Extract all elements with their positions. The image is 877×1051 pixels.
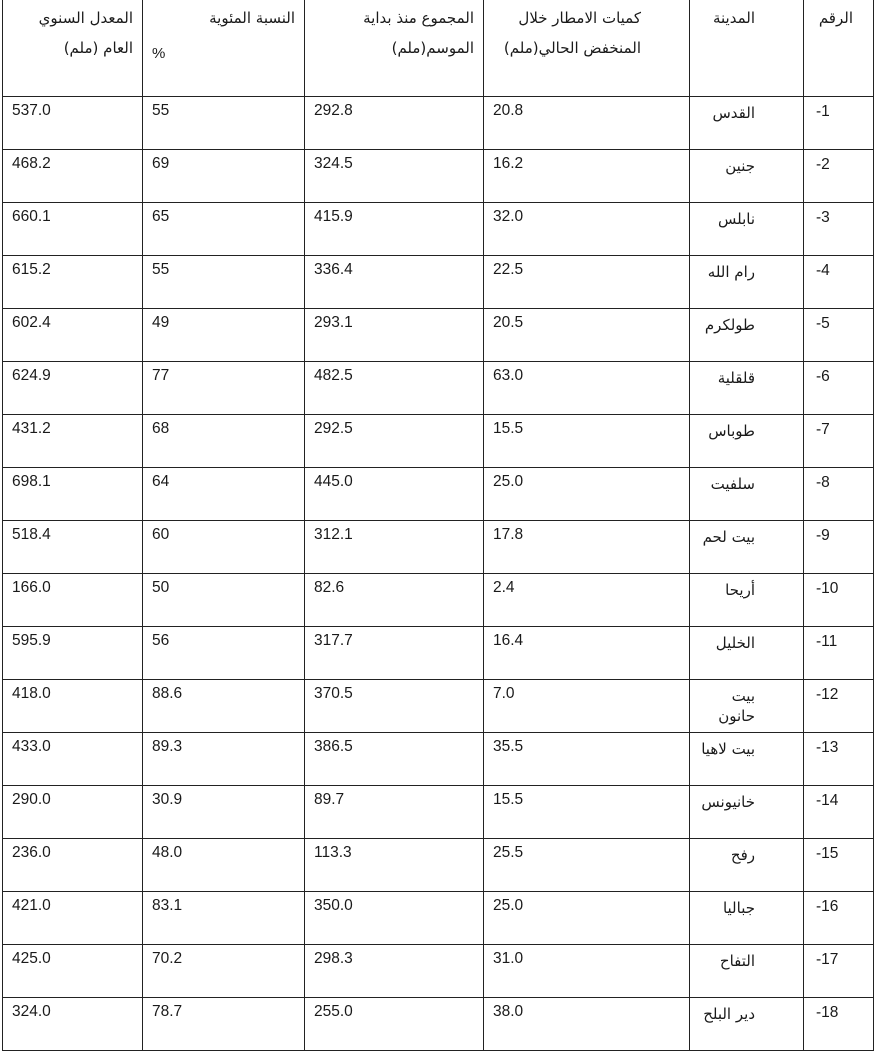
cell-percentage: 55 xyxy=(143,97,305,150)
table-row: 660.1 65 415.9 32.0 نابلس -3 xyxy=(3,203,874,256)
header-city: المدينة xyxy=(690,0,804,97)
cell-season-total: 113.3 xyxy=(305,839,484,892)
city-name: طوباس xyxy=(697,421,755,441)
city-name: سلفيت xyxy=(697,474,755,494)
table-row: 615.2 55 336.4 22.5 رام الله -4 xyxy=(3,256,874,309)
cell-season-total: 415.9 xyxy=(305,203,484,256)
header-percentage-line1: النسبة المئوية xyxy=(152,3,295,33)
table-row: 166.0 50 82.6 2.4 أريحا -10 xyxy=(3,574,874,627)
header-season-total-line2: الموسم(ملم) xyxy=(314,33,474,63)
cell-city: طوباس xyxy=(690,415,804,468)
cell-percentage: 49 xyxy=(143,309,305,362)
header-current-rain-line2: المنخفض الحالي(ملم) xyxy=(493,33,641,63)
cell-season-total: 317.7 xyxy=(305,627,484,680)
table-row: 418.0 88.6 370.5 7.0 بيت حانون -12 xyxy=(3,680,874,733)
city-name: بيت لحم xyxy=(697,527,755,547)
cell-current-rain: 20.5 xyxy=(484,309,690,362)
header-annual-rate-line2: العام (ملم) xyxy=(12,33,133,63)
table-header-row: المعدل السنوي العام (ملم) النسبة المئوية… xyxy=(3,0,874,97)
city-name: رام الله xyxy=(697,262,755,282)
header-annual-rate: المعدل السنوي العام (ملم) xyxy=(3,0,143,97)
cell-annual-rate: 236.0 xyxy=(3,839,143,892)
city-name: أريحا xyxy=(697,580,755,600)
cell-percentage: 60 xyxy=(143,521,305,574)
table-row: 290.0 30.9 89.7 15.5 خانيونس -14 xyxy=(3,786,874,839)
table-row: 602.4 49 293.1 20.5 طولكرم -5 xyxy=(3,309,874,362)
table-row: 421.0 83.1 350.0 25.0 جباليا -16 xyxy=(3,892,874,945)
cell-annual-rate: 698.1 xyxy=(3,468,143,521)
cell-season-total: 292.5 xyxy=(305,415,484,468)
table-row: 468.2 69 324.5 16.2 جنين -2 xyxy=(3,150,874,203)
table-row: 236.0 48.0 113.3 25.5 رفح -15 xyxy=(3,839,874,892)
cell-annual-rate: 660.1 xyxy=(3,203,143,256)
cell-percentage: 50 xyxy=(143,574,305,627)
city-name: طولكرم xyxy=(697,315,755,335)
cell-city: نابلس xyxy=(690,203,804,256)
cell-annual-rate: 433.0 xyxy=(3,733,143,786)
city-name: القدس xyxy=(697,103,755,123)
cell-annual-rate: 468.2 xyxy=(3,150,143,203)
cell-season-total: 312.1 xyxy=(305,521,484,574)
cell-season-total: 445.0 xyxy=(305,468,484,521)
cell-current-rain: 22.5 xyxy=(484,256,690,309)
cell-number: -12 xyxy=(804,680,874,733)
cell-current-rain: 63.0 xyxy=(484,362,690,415)
cell-percentage: 64 xyxy=(143,468,305,521)
cell-city: خانيونس xyxy=(690,786,804,839)
table-row: 698.1 64 445.0 25.0 سلفيت -8 xyxy=(3,468,874,521)
header-percentage: النسبة المئوية % xyxy=(143,0,305,97)
cell-city: رام الله xyxy=(690,256,804,309)
cell-number: -1 xyxy=(804,97,874,150)
city-name: نابلس xyxy=(697,209,755,229)
cell-percentage: 83.1 xyxy=(143,892,305,945)
cell-annual-rate: 431.2 xyxy=(3,415,143,468)
city-name: الخليل xyxy=(697,633,755,653)
cell-current-rain: 15.5 xyxy=(484,786,690,839)
cell-city: بيت حانون xyxy=(690,680,804,733)
table-row: 518.4 60 312.1 17.8 بيت لحم -9 xyxy=(3,521,874,574)
cell-season-total: 292.8 xyxy=(305,97,484,150)
cell-percentage: 89.3 xyxy=(143,733,305,786)
cell-current-rain: 25.0 xyxy=(484,892,690,945)
cell-city: القدس xyxy=(690,97,804,150)
cell-current-rain: 15.5 xyxy=(484,415,690,468)
table-row: 595.9 56 317.7 16.4 الخليل -11 xyxy=(3,627,874,680)
city-name: قلقلية xyxy=(697,368,755,388)
cell-annual-rate: 602.4 xyxy=(3,309,143,362)
table-row: 537.0 55 292.8 20.8 القدس -1 xyxy=(3,97,874,150)
cell-number: -8 xyxy=(804,468,874,521)
cell-percentage: 55 xyxy=(143,256,305,309)
cell-number: -4 xyxy=(804,256,874,309)
city-name: بيت حانون xyxy=(697,686,755,726)
cell-percentage: 56 xyxy=(143,627,305,680)
cell-current-rain: 20.8 xyxy=(484,97,690,150)
cell-season-total: 386.5 xyxy=(305,733,484,786)
cell-percentage: 68 xyxy=(143,415,305,468)
header-season-total-line1: المجموع منذ بداية xyxy=(314,3,474,33)
cell-annual-rate: 290.0 xyxy=(3,786,143,839)
cell-city: جباليا xyxy=(690,892,804,945)
cell-number: -11 xyxy=(804,627,874,680)
cell-city: طولكرم xyxy=(690,309,804,362)
cell-number: -13 xyxy=(804,733,874,786)
cell-annual-rate: 537.0 xyxy=(3,97,143,150)
cell-current-rain: 25.5 xyxy=(484,839,690,892)
cell-number: -2 xyxy=(804,150,874,203)
cell-current-rain: 17.8 xyxy=(484,521,690,574)
header-annual-rate-line1: المعدل السنوي xyxy=(12,3,133,33)
cell-city: بيت لحم xyxy=(690,521,804,574)
cell-season-total: 82.6 xyxy=(305,574,484,627)
cell-number: -16 xyxy=(804,892,874,945)
header-number: الرقم xyxy=(804,0,874,97)
cell-annual-rate: 624.9 xyxy=(3,362,143,415)
cell-annual-rate: 595.9 xyxy=(3,627,143,680)
cell-season-total: 324.5 xyxy=(305,150,484,203)
cell-season-total: 370.5 xyxy=(305,680,484,733)
header-number-line1: الرقم xyxy=(813,3,853,33)
table-row: 431.2 68 292.5 15.5 طوباس -7 xyxy=(3,415,874,468)
cell-number: -15 xyxy=(804,839,874,892)
cell-current-rain: 7.0 xyxy=(484,680,690,733)
header-current-rain-line1: كميات الامطار خلال xyxy=(493,3,641,33)
rainfall-table: المعدل السنوي العام (ملم) النسبة المئوية… xyxy=(2,0,874,947)
cell-current-rain: 32.0 xyxy=(484,203,690,256)
header-percentage-symbol: % xyxy=(152,39,295,69)
cell-season-total: 336.4 xyxy=(305,256,484,309)
city-name: جباليا xyxy=(697,898,755,918)
cell-annual-rate: 166.0 xyxy=(3,574,143,627)
rainfall-table-container: المعدل السنوي العام (ملم) النسبة المئوية… xyxy=(2,0,874,947)
cell-city: جنين xyxy=(690,150,804,203)
cell-season-total: 89.7 xyxy=(305,786,484,839)
cell-season-total: 482.5 xyxy=(305,362,484,415)
cell-city: رفح xyxy=(690,839,804,892)
cell-city: أريحا xyxy=(690,574,804,627)
cell-percentage: 30.9 xyxy=(143,786,305,839)
city-name: رفح xyxy=(697,845,755,865)
header-city-line1: المدينة xyxy=(699,3,755,33)
cell-annual-rate: 421.0 xyxy=(3,892,143,945)
cell-current-rain: 35.5 xyxy=(484,733,690,786)
cell-season-total: 293.1 xyxy=(305,309,484,362)
cell-number: -3 xyxy=(804,203,874,256)
cell-percentage: 88.6 xyxy=(143,680,305,733)
cell-city: سلفيت xyxy=(690,468,804,521)
city-name: بيت لاهيا xyxy=(697,739,755,759)
cell-city: قلقلية xyxy=(690,362,804,415)
city-name: جنين xyxy=(697,156,755,176)
cell-current-rain: 2.4 xyxy=(484,574,690,627)
cell-number: -9 xyxy=(804,521,874,574)
cell-current-rain: 16.4 xyxy=(484,627,690,680)
header-current-rain: كميات الامطار خلال المنخفض الحالي(ملم) xyxy=(484,0,690,97)
city-name: خانيونس xyxy=(697,792,755,812)
table-row: 433.0 89.3 386.5 35.5 بيت لاهيا -13 xyxy=(3,733,874,786)
cell-percentage: 65 xyxy=(143,203,305,256)
cell-number: -10 xyxy=(804,574,874,627)
cell-city: الخليل xyxy=(690,627,804,680)
cell-number: -6 xyxy=(804,362,874,415)
header-season-total: المجموع منذ بداية الموسم(ملم) xyxy=(305,0,484,97)
cell-city: بيت لاهيا xyxy=(690,733,804,786)
cell-current-rain: 25.0 xyxy=(484,468,690,521)
cell-annual-rate: 518.4 xyxy=(3,521,143,574)
cell-current-rain: 16.2 xyxy=(484,150,690,203)
table-row: 624.9 77 482.5 63.0 قلقلية -6 xyxy=(3,362,874,415)
cell-percentage: 77 xyxy=(143,362,305,415)
cell-number: -5 xyxy=(804,309,874,362)
cell-annual-rate: 418.0 xyxy=(3,680,143,733)
cell-number: -14 xyxy=(804,786,874,839)
cell-percentage: 69 xyxy=(143,150,305,203)
cell-number: -7 xyxy=(804,415,874,468)
cell-season-total: 350.0 xyxy=(305,892,484,945)
cell-percentage: 48.0 xyxy=(143,839,305,892)
cell-annual-rate: 615.2 xyxy=(3,256,143,309)
